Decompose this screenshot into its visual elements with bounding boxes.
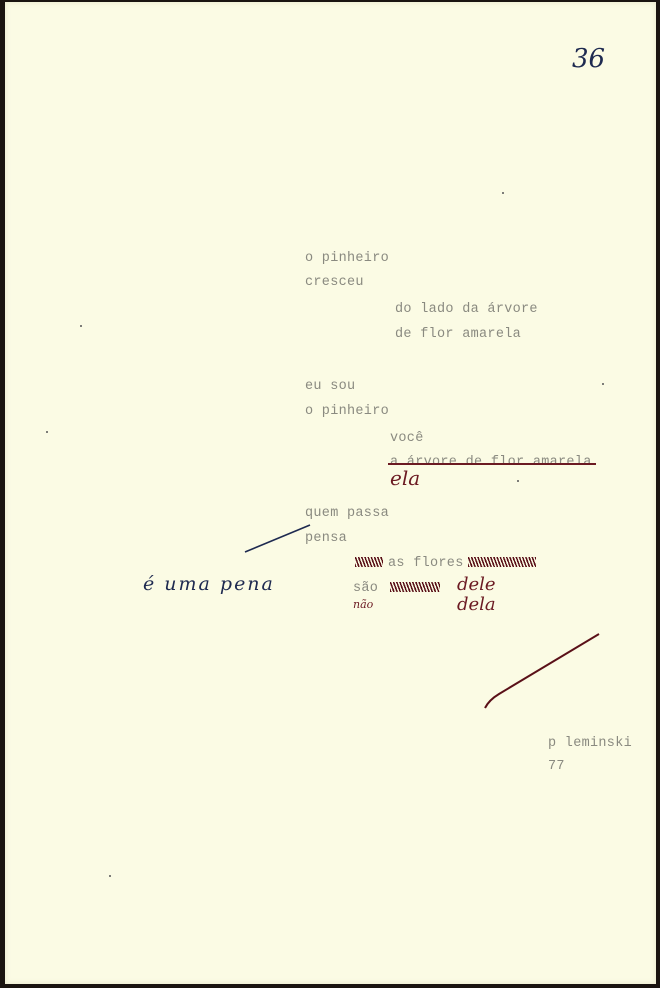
ink-speck <box>502 192 504 194</box>
ink-speck <box>602 383 604 385</box>
maroon-diagonal-line <box>485 634 599 708</box>
ink-speck <box>80 325 82 327</box>
blue-arrow-line <box>245 525 310 552</box>
ink-speck <box>517 480 519 482</box>
ink-speck <box>46 431 48 433</box>
pen-strokes <box>5 2 656 984</box>
ink-speck <box>109 875 111 877</box>
manuscript-page: 36 o pinheiro cresceu do lado da árvore … <box>5 2 656 984</box>
